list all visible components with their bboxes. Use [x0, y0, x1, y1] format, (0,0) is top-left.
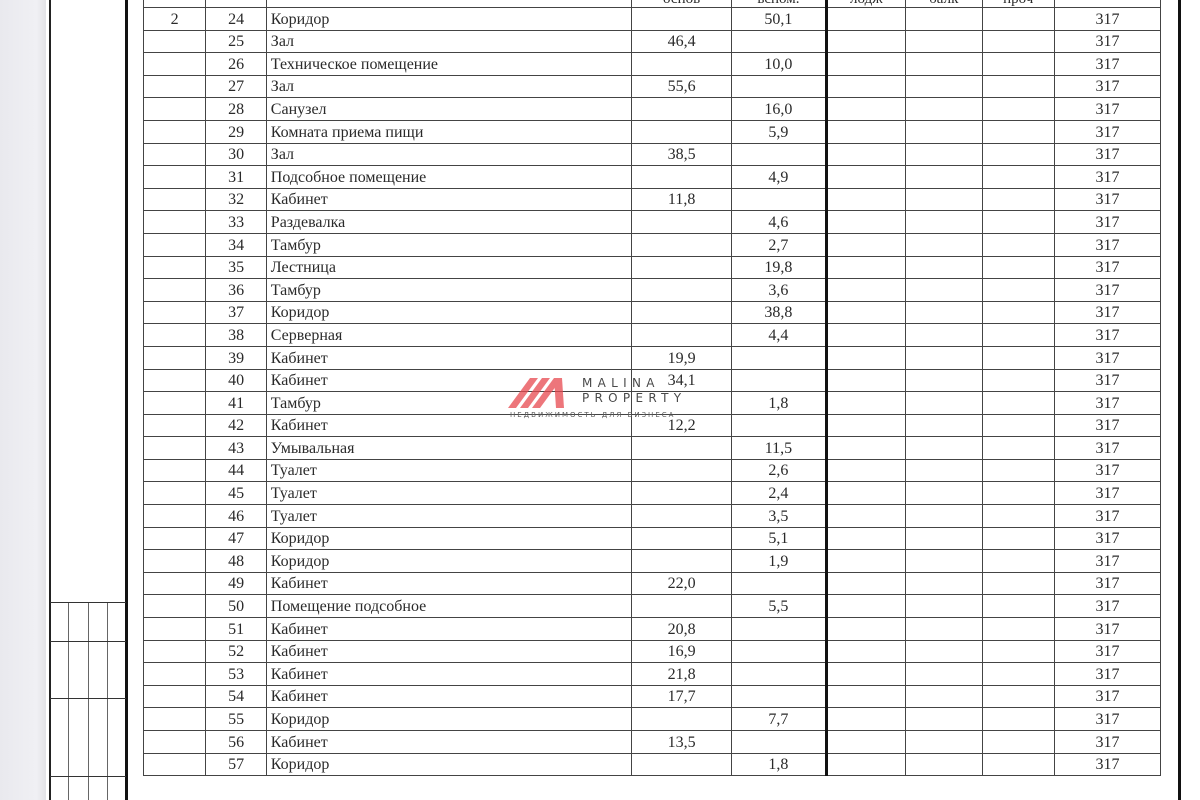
cell-room-name: Кабинет	[266, 572, 631, 595]
cell-room-name: Коридор	[266, 708, 631, 731]
cell-aux-area	[732, 414, 826, 437]
cell-other	[982, 753, 1055, 776]
cell-loggia	[826, 640, 905, 663]
cell-aux-area: 10,0	[732, 53, 826, 76]
cell-balcony	[906, 324, 982, 347]
cell-height: 317	[1055, 392, 1161, 415]
table-row: 30 Зал 38,5 317	[144, 143, 1161, 166]
table-row: 41 Тамбур 1,8 317	[144, 392, 1161, 415]
cell-room-name: Серверная	[266, 324, 631, 347]
cell-other	[982, 640, 1055, 663]
cell-room-no: 53	[206, 663, 266, 686]
cell-aux-area: 38,8	[732, 301, 826, 324]
cell-room-name: Раздевалка	[266, 211, 631, 234]
frame-right-border	[1178, 0, 1181, 800]
cell-room-no: 39	[206, 346, 266, 369]
cell-room-name: Туалет	[266, 482, 631, 505]
table-row: 43 Умывальная 11,5 317	[144, 437, 1161, 460]
cell-loggia	[826, 8, 905, 31]
table-row: 25 Зал 46,4 317	[144, 30, 1161, 53]
table-row: 49 Кабинет 22,0 317	[144, 572, 1161, 595]
cell-main-area: 38,5	[632, 143, 732, 166]
cell-balcony	[906, 53, 982, 76]
table-row: 2 24 Коридор 50,1 317	[144, 8, 1161, 31]
cell-main-area	[632, 120, 732, 143]
cell-loggia	[826, 324, 905, 347]
cell-aux-area: 2,6	[732, 459, 826, 482]
cell-aux-area: 2,4	[732, 482, 826, 505]
table-row: 56 Кабинет 13,5 317	[144, 731, 1161, 754]
cell-aux-area: 19,8	[732, 256, 826, 279]
cell-aux-area	[732, 731, 826, 754]
cell-height: 317	[1055, 256, 1161, 279]
cell-balcony	[906, 572, 982, 595]
cell-floor	[144, 324, 206, 347]
cell-main-area	[632, 595, 732, 618]
cell-loggia	[826, 482, 905, 505]
cell-balcony	[906, 753, 982, 776]
cell-room-no: 29	[206, 120, 266, 143]
cell-loggia	[826, 505, 905, 528]
cell-room-no: 44	[206, 459, 266, 482]
header-other: проч	[982, 0, 1055, 8]
header-room-name	[266, 0, 631, 8]
cell-room-name: Кабинет	[266, 663, 631, 686]
cell-floor	[144, 301, 206, 324]
cell-loggia	[826, 301, 905, 324]
cell-aux-area: 1,8	[732, 753, 826, 776]
cell-loggia	[826, 30, 905, 53]
cell-other	[982, 459, 1055, 482]
cell-floor	[144, 166, 206, 189]
cell-height: 317	[1055, 595, 1161, 618]
frame-left-line	[49, 0, 51, 800]
cell-floor	[144, 753, 206, 776]
cell-loggia	[826, 437, 905, 460]
cell-main-area	[632, 550, 732, 573]
cell-other	[982, 505, 1055, 528]
table-row: 29 Комната приема пищи 5,9 317	[144, 120, 1161, 143]
cell-aux-area: 16,0	[732, 98, 826, 121]
cell-balcony	[906, 188, 982, 211]
cell-room-no: 37	[206, 301, 266, 324]
cell-height: 317	[1055, 8, 1161, 31]
cell-main-area	[632, 211, 732, 234]
cell-balcony	[906, 256, 982, 279]
cell-room-no: 51	[206, 618, 266, 641]
cell-room-name: Кабинет	[266, 685, 631, 708]
room-explication-table: основ вспом. лодж балк проч 2 24 Коридор…	[143, 0, 1161, 776]
table-row: 31 Подсобное помещение 4,9 317	[144, 166, 1161, 189]
cell-aux-area: 50,1	[732, 8, 826, 31]
cell-balcony	[906, 640, 982, 663]
cell-room-no: 33	[206, 211, 266, 234]
cell-other	[982, 482, 1055, 505]
cell-floor	[144, 572, 206, 595]
cell-balcony	[906, 437, 982, 460]
cell-other	[982, 233, 1055, 256]
cell-room-no: 34	[206, 233, 266, 256]
cell-main-area	[632, 166, 732, 189]
cell-main-area	[632, 459, 732, 482]
cell-loggia	[826, 572, 905, 595]
cell-balcony	[906, 482, 982, 505]
cell-height: 317	[1055, 143, 1161, 166]
cell-main-area: 16,9	[632, 640, 732, 663]
cell-other	[982, 188, 1055, 211]
cell-floor	[144, 346, 206, 369]
stamp-col-line	[68, 602, 69, 800]
header-height	[1055, 0, 1161, 8]
cell-loggia	[826, 414, 905, 437]
cell-room-name: Тамбур	[266, 279, 631, 302]
cell-height: 317	[1055, 188, 1161, 211]
cell-floor: 2	[144, 8, 206, 31]
cell-floor	[144, 708, 206, 731]
cell-room-no: 57	[206, 753, 266, 776]
cell-balcony	[906, 369, 982, 392]
cell-other	[982, 550, 1055, 573]
table-row: 27 Зал 55,6 317	[144, 75, 1161, 98]
header-floor	[144, 0, 206, 8]
cell-aux-area	[732, 30, 826, 53]
cell-room-no: 31	[206, 166, 266, 189]
cell-room-no: 26	[206, 53, 266, 76]
room-explication-sheet: основ вспом. лодж балк проч 2 24 Коридор…	[143, 0, 1161, 800]
cell-loggia	[826, 346, 905, 369]
cell-room-name: Коридор	[266, 8, 631, 31]
header-aux-area: вспом.	[732, 0, 826, 8]
cell-room-no: 28	[206, 98, 266, 121]
cell-room-no: 42	[206, 414, 266, 437]
cell-aux-area: 4,9	[732, 166, 826, 189]
cell-height: 317	[1055, 30, 1161, 53]
cell-aux-area	[732, 685, 826, 708]
cell-aux-area	[732, 618, 826, 641]
cell-room-name: Туалет	[266, 459, 631, 482]
cell-room-no: 52	[206, 640, 266, 663]
cell-room-no: 38	[206, 324, 266, 347]
cell-room-name: Тамбур	[266, 233, 631, 256]
cell-balcony	[906, 618, 982, 641]
cell-room-name: Туалет	[266, 505, 631, 528]
cell-room-no: 35	[206, 256, 266, 279]
cell-aux-area: 4,4	[732, 324, 826, 347]
cell-other	[982, 98, 1055, 121]
cell-main-area: 34,1	[632, 369, 732, 392]
cell-other	[982, 437, 1055, 460]
cell-loggia	[826, 753, 905, 776]
cell-room-no: 56	[206, 731, 266, 754]
cell-height: 317	[1055, 346, 1161, 369]
cell-main-area	[632, 53, 732, 76]
cell-balcony	[906, 459, 982, 482]
cell-height: 317	[1055, 685, 1161, 708]
cell-room-name: Коридор	[266, 550, 631, 573]
table-row: 39 Кабинет 19,9 317	[144, 346, 1161, 369]
cell-other	[982, 166, 1055, 189]
cell-room-name: Кабинет	[266, 618, 631, 641]
cell-room-no: 47	[206, 527, 266, 550]
table-row: 44 Туалет 2,6 317	[144, 459, 1161, 482]
cell-main-area	[632, 324, 732, 347]
cell-balcony	[906, 550, 982, 573]
cell-height: 317	[1055, 120, 1161, 143]
cell-aux-area: 11,5	[732, 437, 826, 460]
cell-main-area	[632, 708, 732, 731]
cell-balcony	[906, 301, 982, 324]
cell-main-area: 12,2	[632, 414, 732, 437]
cell-main-area	[632, 256, 732, 279]
cell-floor	[144, 75, 206, 98]
cell-room-no: 55	[206, 708, 266, 731]
cell-aux-area	[732, 369, 826, 392]
table-row: 34 Тамбур 2,7 317	[144, 233, 1161, 256]
cell-main-area	[632, 437, 732, 460]
cell-room-no: 32	[206, 188, 266, 211]
cell-balcony	[906, 346, 982, 369]
cell-main-area: 46,4	[632, 30, 732, 53]
cell-other	[982, 731, 1055, 754]
cell-main-area	[632, 233, 732, 256]
table-row: 35 Лестница 19,8 317	[144, 256, 1161, 279]
cell-height: 317	[1055, 663, 1161, 686]
table-header-row: основ вспом. лодж балк проч	[144, 0, 1161, 8]
cell-aux-area	[732, 188, 826, 211]
cell-height: 317	[1055, 618, 1161, 641]
cell-aux-area	[732, 640, 826, 663]
cell-loggia	[826, 550, 905, 573]
cell-floor	[144, 731, 206, 754]
table-row: 36 Тамбур 3,6 317	[144, 279, 1161, 302]
table-row: 28 Санузел 16,0 317	[144, 98, 1161, 121]
cell-floor	[144, 98, 206, 121]
stamp-row-line	[50, 641, 126, 642]
cell-floor	[144, 53, 206, 76]
cell-height: 317	[1055, 482, 1161, 505]
cell-main-area: 11,8	[632, 188, 732, 211]
cell-balcony	[906, 98, 982, 121]
cell-balcony	[906, 392, 982, 415]
cell-loggia	[826, 53, 905, 76]
cell-floor	[144, 459, 206, 482]
cell-room-name: Комната приема пищи	[266, 120, 631, 143]
cell-balcony	[906, 663, 982, 686]
cell-height: 317	[1055, 324, 1161, 347]
cell-floor	[144, 437, 206, 460]
cell-loggia	[826, 188, 905, 211]
cell-room-name: Тамбур	[266, 392, 631, 415]
cell-aux-area: 4,6	[732, 211, 826, 234]
cell-loggia	[826, 166, 905, 189]
table-row: 48 Коридор 1,9 317	[144, 550, 1161, 573]
cell-height: 317	[1055, 301, 1161, 324]
header-loggia: лодж	[826, 0, 905, 8]
cell-loggia	[826, 595, 905, 618]
cell-room-name: Кабинет	[266, 188, 631, 211]
cell-room-name: Умывальная	[266, 437, 631, 460]
cell-balcony	[906, 75, 982, 98]
cell-aux-area	[732, 75, 826, 98]
cell-height: 317	[1055, 53, 1161, 76]
cell-height: 317	[1055, 753, 1161, 776]
table-row: 51 Кабинет 20,8 317	[144, 618, 1161, 641]
cell-room-name: Кабинет	[266, 414, 631, 437]
cell-aux-area: 1,9	[732, 550, 826, 573]
stamp-col-line	[107, 602, 108, 800]
cell-aux-area: 1,8	[732, 392, 826, 415]
stamp-row-line	[50, 698, 126, 699]
cell-main-area	[632, 279, 732, 302]
cell-main-area: 22,0	[632, 572, 732, 595]
cell-other	[982, 618, 1055, 641]
table-row: 55 Коридор 7,7 317	[144, 708, 1161, 731]
cell-room-name: Помещение подсобное	[266, 595, 631, 618]
cell-floor	[144, 188, 206, 211]
cell-height: 317	[1055, 640, 1161, 663]
cell-main-area	[632, 8, 732, 31]
cell-room-no: 50	[206, 595, 266, 618]
table-row: 37 Коридор 38,8 317	[144, 301, 1161, 324]
cell-floor	[144, 143, 206, 166]
cell-balcony	[906, 30, 982, 53]
cell-balcony	[906, 731, 982, 754]
cell-other	[982, 75, 1055, 98]
cell-main-area	[632, 753, 732, 776]
cell-room-name: Подсобное помещение	[266, 166, 631, 189]
table-row: 57 Коридор 1,8 317	[144, 753, 1161, 776]
cell-balcony	[906, 708, 982, 731]
cell-main-area	[632, 301, 732, 324]
cell-loggia	[826, 685, 905, 708]
stamp-row-line	[50, 602, 126, 603]
cell-other	[982, 53, 1055, 76]
cell-floor	[144, 595, 206, 618]
cell-aux-area	[732, 143, 826, 166]
cell-room-no: 48	[206, 550, 266, 573]
cell-balcony	[906, 211, 982, 234]
stamp-row-line	[50, 776, 126, 777]
header-room-no	[206, 0, 266, 8]
cell-other	[982, 392, 1055, 415]
cell-aux-area: 3,5	[732, 505, 826, 528]
cell-other	[982, 595, 1055, 618]
cell-floor	[144, 685, 206, 708]
cell-main-area: 17,7	[632, 685, 732, 708]
cell-other	[982, 685, 1055, 708]
cell-room-no: 46	[206, 505, 266, 528]
cell-aux-area	[732, 572, 826, 595]
cell-room-name: Коридор	[266, 527, 631, 550]
cell-loggia	[826, 279, 905, 302]
cell-main-area: 20,8	[632, 618, 732, 641]
table-row: 42 Кабинет 12,2 317	[144, 414, 1161, 437]
cell-floor	[144, 211, 206, 234]
cell-floor	[144, 30, 206, 53]
table-row: 32 Кабинет 11,8 317	[144, 188, 1161, 211]
cell-other	[982, 211, 1055, 234]
table-row: 40 Кабинет 34,1 317	[144, 369, 1161, 392]
stamp-col-line	[88, 602, 89, 800]
cell-main-area: 19,9	[632, 346, 732, 369]
cell-room-no: 40	[206, 369, 266, 392]
cell-height: 317	[1055, 550, 1161, 573]
cell-loggia	[826, 233, 905, 256]
cell-room-name: Лестница	[266, 256, 631, 279]
cell-aux-area: 5,9	[732, 120, 826, 143]
table-row: 45 Туалет 2,4 317	[144, 482, 1161, 505]
cell-room-name: Зал	[266, 143, 631, 166]
cell-room-name: Кабинет	[266, 346, 631, 369]
cell-height: 317	[1055, 75, 1161, 98]
cell-loggia	[826, 708, 905, 731]
cell-floor	[144, 618, 206, 641]
cell-other	[982, 527, 1055, 550]
cell-main-area	[632, 98, 732, 121]
cell-room-no: 43	[206, 437, 266, 460]
viewer-left-margin	[0, 0, 46, 800]
header-main-area: основ	[632, 0, 732, 8]
cell-floor	[144, 392, 206, 415]
cell-room-name: Кабинет	[266, 731, 631, 754]
cell-height: 317	[1055, 459, 1161, 482]
cell-balcony	[906, 233, 982, 256]
table-row: 54 Кабинет 17,7 317	[144, 685, 1161, 708]
cell-other	[982, 120, 1055, 143]
cell-height: 317	[1055, 527, 1161, 550]
cell-main-area	[632, 482, 732, 505]
cell-balcony	[906, 595, 982, 618]
cell-room-no: 24	[206, 8, 266, 31]
cell-room-no: 25	[206, 30, 266, 53]
cell-floor	[144, 233, 206, 256]
cell-height: 317	[1055, 572, 1161, 595]
cell-balcony	[906, 527, 982, 550]
table-row: 47 Коридор 5,1 317	[144, 527, 1161, 550]
cell-aux-area: 7,7	[732, 708, 826, 731]
cell-room-name: Зал	[266, 75, 631, 98]
cell-floor	[144, 256, 206, 279]
cell-height: 317	[1055, 211, 1161, 234]
cell-height: 317	[1055, 166, 1161, 189]
cell-other	[982, 30, 1055, 53]
cell-floor	[144, 279, 206, 302]
cell-height: 317	[1055, 731, 1161, 754]
cell-other	[982, 414, 1055, 437]
cell-balcony	[906, 166, 982, 189]
cell-room-name: Коридор	[266, 301, 631, 324]
cell-floor	[144, 663, 206, 686]
cell-other	[982, 572, 1055, 595]
cell-balcony	[906, 8, 982, 31]
cell-floor	[144, 505, 206, 528]
cell-room-no: 45	[206, 482, 266, 505]
cell-room-no: 27	[206, 75, 266, 98]
cell-other	[982, 143, 1055, 166]
cell-height: 317	[1055, 505, 1161, 528]
cell-floor	[144, 640, 206, 663]
cell-loggia	[826, 527, 905, 550]
cell-room-name: Кабинет	[266, 640, 631, 663]
cell-height: 317	[1055, 708, 1161, 731]
cell-loggia	[826, 459, 905, 482]
cell-height: 317	[1055, 233, 1161, 256]
cell-main-area	[632, 505, 732, 528]
cell-loggia	[826, 120, 905, 143]
cell-height: 317	[1055, 369, 1161, 392]
cell-balcony	[906, 505, 982, 528]
cell-loggia	[826, 98, 905, 121]
